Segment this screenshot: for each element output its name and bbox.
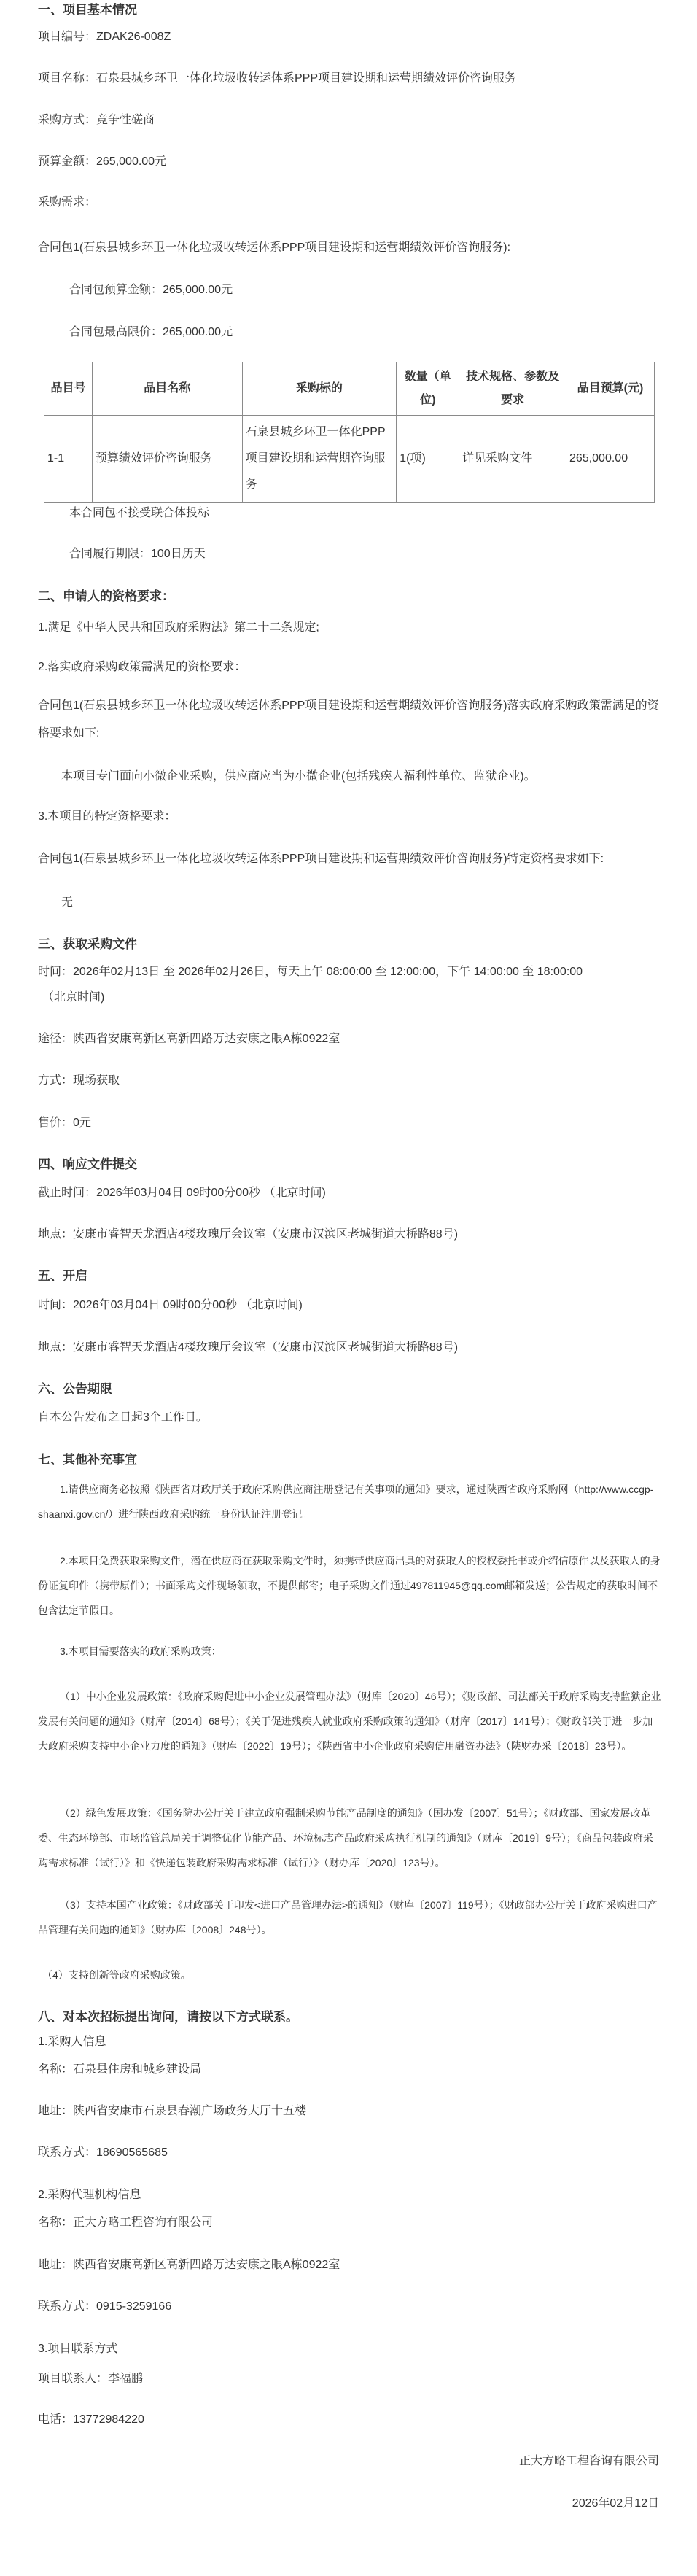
col-header-item-no: 品目号 bbox=[44, 362, 93, 416]
cell-subject: 石泉县城乡环卫一体化PPP项目建设期和运营期咨询服务 bbox=[242, 416, 397, 503]
opening-time: 时间：2026年03月04日 09时00分00秒 （北京时间) bbox=[38, 1298, 303, 1313]
cell-spec: 详见采购文件 bbox=[459, 416, 566, 503]
project-contact-title: 3.项目联系方式 bbox=[38, 2342, 117, 2356]
purchaser-address: 地址：陕西省安康市石泉县春潮广场政务大厅十五楼 bbox=[38, 2104, 306, 2119]
project-contact-person: 项目联系人：李福鹏 bbox=[38, 2372, 143, 2386]
qualification-policy-sme: 本项目专门面向小微企业采购，供应商应当为小微企业(包括残疾人福利性单位、监狱企业… bbox=[61, 769, 536, 784]
table-row: 1-1 预算绩效评价咨询服务 石泉县城乡环卫一体化PPP项目建设期和运营期咨询服… bbox=[44, 416, 655, 503]
signature-date: 2026年02月12日 bbox=[572, 2497, 659, 2511]
section-heading-contact: 八、对本次招标提出询问，请按以下方式联系。 bbox=[38, 2010, 298, 2025]
obtain-mode: 方式：现场获取 bbox=[38, 1074, 120, 1088]
cell-budget: 265,000.00 bbox=[566, 416, 655, 503]
submission-deadline: 截止时间：2026年03月04日 09时00分00秒 （北京时间) bbox=[38, 1186, 326, 1200]
purchaser-title: 1.采购人信息 bbox=[38, 2035, 106, 2049]
package-budget: 合同包预算金额：265,000.00元 bbox=[69, 283, 233, 298]
qualification-item-3: 3.本项目的特定资格要求： bbox=[38, 810, 176, 824]
budget-amount: 预算金额：265,000.00元 bbox=[38, 155, 166, 169]
purchaser-name: 名称：石泉县住房和城乡建设局 bbox=[38, 2063, 201, 2077]
qualification-item-1: 1.满足《中华人民共和国政府采购法》第二十二条规定; bbox=[38, 621, 319, 635]
obtain-time-zone: （北京时间) bbox=[42, 990, 104, 1005]
col-header-budget: 品目预算(元) bbox=[566, 362, 655, 416]
opening-location: 地点：安康市睿智天龙酒店4楼玫瑰厅会议室（安康市汉滨区老城街道大桥路88号) bbox=[38, 1341, 458, 1355]
contract-period: 合同履行期限：100日历天 bbox=[69, 547, 206, 562]
obtain-route: 途径：陕西省安康高新区高新四路万达安康之眼A栋0922室 bbox=[38, 1032, 340, 1047]
qualification-item-2-detail: 合同包1(石泉县城乡环卫一体化垃圾收转运体系PPP项目建设期和运营期绩效评价咨询… bbox=[38, 692, 662, 748]
no-consortium-note: 本合同包不接受联合体投标 bbox=[69, 506, 209, 521]
obtain-time: 时间：2026年02月13日 至 2026年02月26日，每天上午 08:00:… bbox=[38, 965, 583, 979]
project-number: 项目编号：ZDAK26-008Z bbox=[38, 30, 171, 44]
cell-quantity: 1(项) bbox=[397, 416, 459, 503]
package-max-price: 合同包最高限价：265,000.00元 bbox=[69, 325, 233, 340]
policy-innovation: （4）支持创新等政府采购政策。 bbox=[42, 1968, 191, 1982]
col-header-spec: 技术规格、参数及要求 bbox=[459, 362, 566, 416]
project-name: 项目名称：石泉县城乡环卫一体化垃圾收转运体系PPP项目建设期和运营期绩效评价咨询… bbox=[38, 71, 516, 86]
agency-title: 2.采购代理机构信息 bbox=[38, 2188, 141, 2203]
purchaser-contact: 联系方式：18690565685 bbox=[38, 2146, 168, 2160]
col-header-item-name: 品目名称 bbox=[92, 362, 242, 416]
signature-company: 正大方略工程咨询有限公司 bbox=[519, 2454, 659, 2469]
supplementary-item-3: 3.本项目需要落实的政府采购政策： bbox=[60, 1644, 222, 1659]
agency-address: 地址：陕西省安康高新区高新四路万达安康之眼A栋0922室 bbox=[38, 2258, 340, 2273]
items-table: 品目号 品目名称 采购标的 数量（单位) 技术规格、参数及要求 品目预算(元) … bbox=[44, 362, 655, 503]
policy-domestic: （3）支持本国产业政策：《财政部关于印发<进口产品管理办法>的通知》（财库〔20… bbox=[38, 1893, 662, 1942]
section-heading-notice-period: 六、公告期限 bbox=[38, 1382, 112, 1397]
agency-contact: 联系方式：0915-3259166 bbox=[38, 2300, 171, 2314]
table-header-row: 品目号 品目名称 采购标的 数量（单位) 技术规格、参数及要求 品目预算(元) bbox=[44, 362, 655, 416]
procurement-method: 采购方式：竞争性磋商 bbox=[38, 113, 155, 128]
notice-period-text: 自本公告发布之日起3个工作日。 bbox=[38, 1411, 208, 1425]
submission-location: 地点：安康市睿智天龙酒店4楼玫瑰厅会议室（安康市汉滨区老城街道大桥路88号) bbox=[38, 1227, 458, 1242]
col-header-quantity: 数量（单位) bbox=[397, 362, 459, 416]
section-heading-submission: 四、响应文件提交 bbox=[38, 1157, 137, 1172]
section-heading-qualifications: 二、申请人的资格要求： bbox=[38, 589, 174, 604]
section-heading-basic-info: 一、项目基本情况 bbox=[38, 3, 137, 18]
qualification-item-3-detail: 合同包1(石泉县城乡环卫一体化垃圾收转运体系PPP项目建设期和运营期绩效评价咨询… bbox=[38, 852, 604, 866]
section-heading-obtain-docs: 三、获取采购文件 bbox=[38, 937, 137, 952]
document-price: 售价：0元 bbox=[38, 1116, 91, 1130]
policy-green: （2）绿色发展政策：《国务院办公厅关于建立政府强制采购节能产品制度的通知》（国办… bbox=[38, 1801, 662, 1875]
supplementary-item-2: 2.本项目免费获取采购文件，潜在供应商在获取采购文件时，须携带供应商出具的对获取… bbox=[38, 1548, 662, 1623]
package-title: 合同包1(石泉县城乡环卫一体化垃圾收转运体系PPP项目建设期和运营期绩效评价咨询… bbox=[38, 241, 510, 255]
qualification-item-3-value: 无 bbox=[61, 896, 73, 910]
col-header-subject: 采购标的 bbox=[242, 362, 397, 416]
project-contact-phone: 电话：13772984220 bbox=[38, 2413, 144, 2427]
supplementary-item-1: 1.请供应商务必按照《陕西省财政厅关于政府采购供应商注册登记有关事项的通知》要求… bbox=[38, 1477, 662, 1526]
section-heading-supplementary: 七、其他补充事宜 bbox=[38, 1453, 137, 1467]
agency-name: 名称：正大方略工程咨询有限公司 bbox=[38, 2216, 213, 2230]
policy-sme: （1）中小企业发展政策：《政府采购促进中小企业发展管理办法》（财库〔2020〕4… bbox=[38, 1684, 662, 1758]
cell-item-no: 1-1 bbox=[44, 416, 93, 503]
cell-item-name: 预算绩效评价咨询服务 bbox=[92, 416, 242, 503]
qualification-item-2: 2.落实政府采购政策需满足的资格要求： bbox=[38, 660, 246, 675]
procurement-demand-label: 采购需求： bbox=[38, 195, 96, 210]
section-heading-opening: 五、开启 bbox=[38, 1269, 87, 1284]
